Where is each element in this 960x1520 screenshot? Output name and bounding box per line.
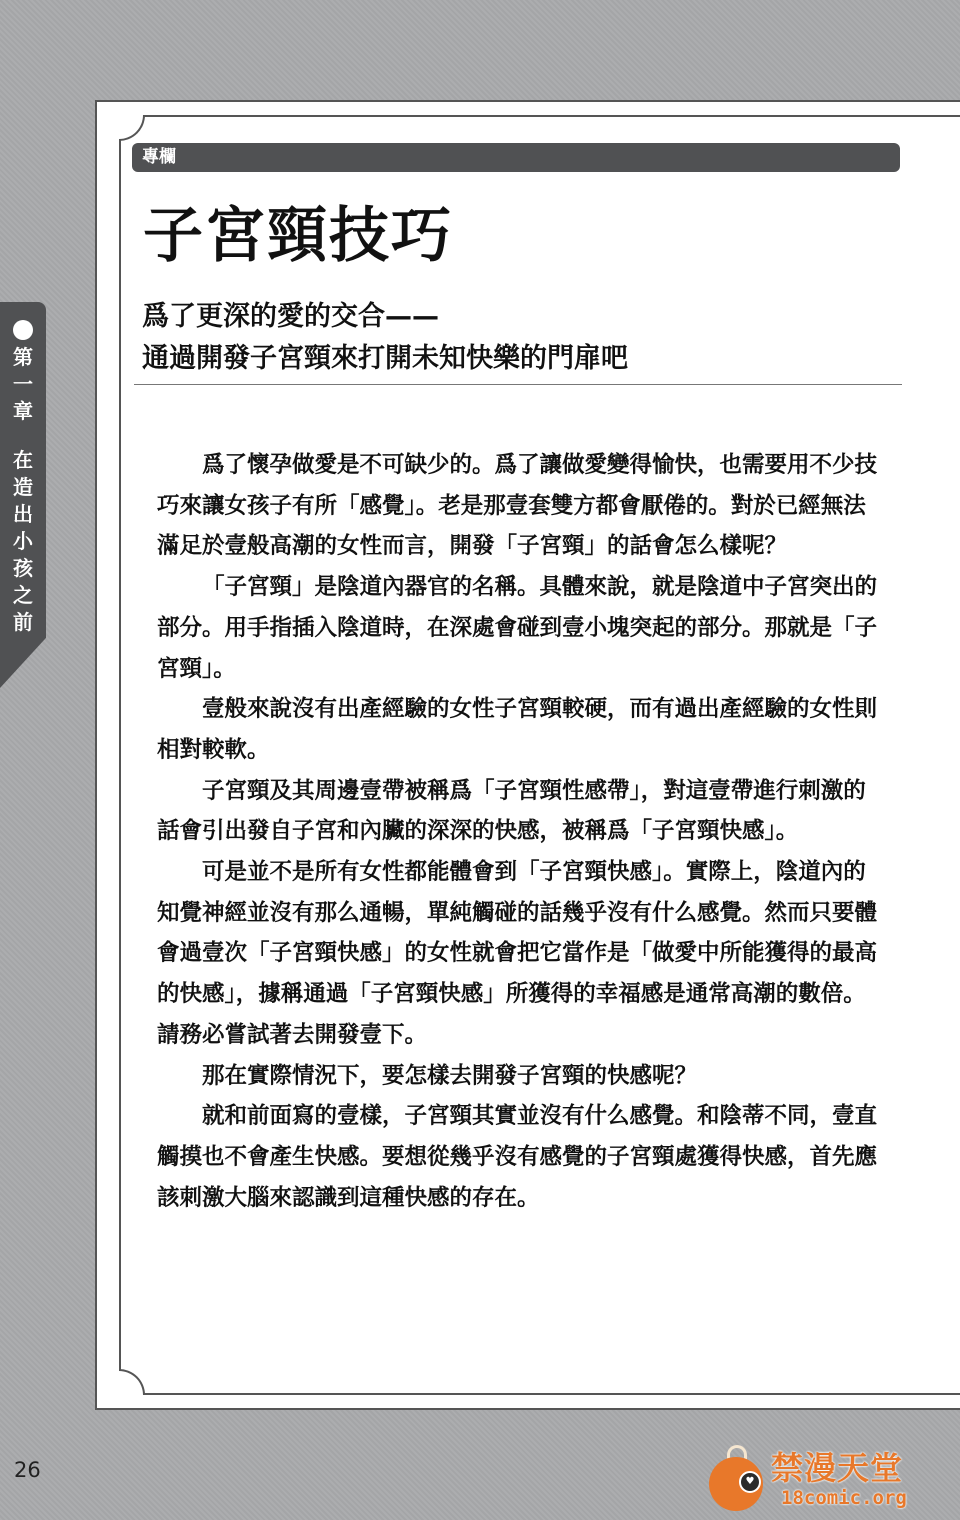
heart-icon: ♥	[739, 1471, 761, 1493]
watermark-logo: ♥ 禁漫天堂 18comic.org	[697, 1443, 937, 1515]
paragraph: 子宮頸及其周邊壹帶被稱爲「子宮頸性感帶」，對這壹帶進行刺激的話會引出發自子宮和內…	[157, 771, 879, 852]
watermark-domain: 18comic.org	[781, 1487, 907, 1509]
article-body: 爲了懷孕做愛是不可缺少的。爲了讓做愛變得愉快，也需要用不少技巧來讓女孩子有所「感…	[157, 445, 879, 1218]
column-label-bar: 專欄	[132, 143, 900, 172]
paragraph: 爲了懷孕做愛是不可缺少的。爲了讓做愛變得愉快，也需要用不少技巧來讓女孩子有所「感…	[157, 445, 879, 567]
paragraph: 可是並不是所有女性都能體會到「子宮頸快感」。實際上，陰道內的知覺神經並沒有那么通…	[157, 852, 879, 1056]
title-divider	[134, 384, 902, 385]
bullet-dot-icon	[13, 320, 33, 340]
subtitle-line: 爲了更深的愛的交合——	[142, 296, 628, 338]
chapter-title: 在造出小孩之前	[12, 447, 34, 636]
column-label: 專欄	[142, 147, 176, 167]
corner-notch-bottom-left	[119, 1369, 145, 1395]
page-number: 26	[14, 1458, 41, 1482]
watermark-brand: 禁漫天堂	[771, 1449, 903, 1487]
paragraph: 壹般來說沒有出產經驗的女性子宮頸較硬，而有過出產經驗的女性則相對較軟。	[157, 689, 879, 770]
subtitle-line: 通過開發子宮頸來打開未知快樂的門扉吧	[142, 338, 628, 380]
orange-bird-heart-icon: ♥	[709, 1457, 763, 1511]
corner-notch-top-left	[119, 115, 145, 141]
chapter-number: 第一章	[12, 344, 34, 425]
page-title: 子宮頸技巧	[143, 196, 453, 276]
paragraph: 就和前面寫的壹樣，子宮頸其實並沒有什么感覺。和陰蒂不同，壹直觸摸也不會產生快感。…	[157, 1096, 879, 1218]
paragraph: 「子宮頸」是陰道內器官的名稱。具體來說，就是陰道中子宮突出的部分。用手指插入陰道…	[157, 567, 879, 689]
paragraph: 那在實際情況下，要怎樣去開發子宮頸的快感呢？	[157, 1056, 879, 1097]
subtitle: 爲了更深的愛的交合—— 通過開發子宮頸來打開未知快樂的門扉吧	[142, 296, 628, 380]
chapter-side-tab: 第一章 在造出小孩之前	[0, 302, 46, 688]
